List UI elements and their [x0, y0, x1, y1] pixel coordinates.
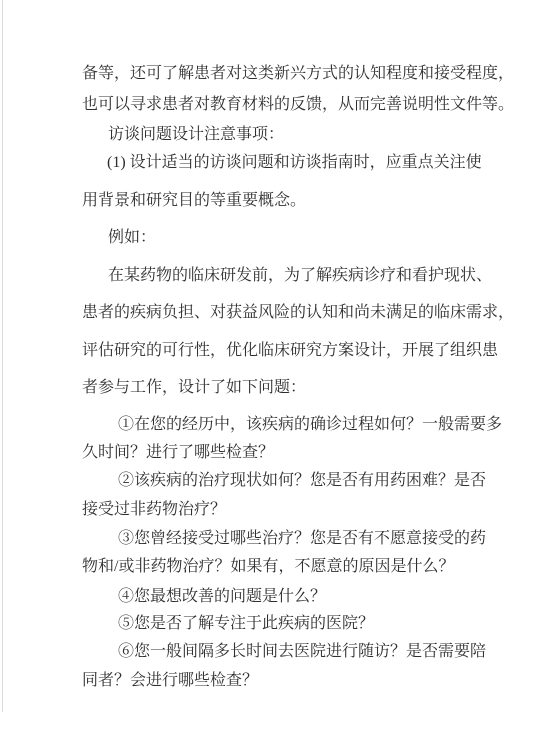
text-line: 者参与工作，设计了如下问题： — [82, 378, 306, 398]
text-line: ①在您的经历中，该疾病的确诊过程如何？一般需要多 — [118, 415, 502, 435]
text-line: 用背景和研究目的等重要概念。 — [82, 191, 306, 211]
text-line: ②该疾病的治疗现状如何？您是否有用药困难？是否 — [118, 471, 486, 491]
text-line: ⑤您是否了解专注于此疾病的医院？ — [118, 614, 374, 634]
text-line: ③您曾经接受过哪些治疗？您是否有不愿意接受的药 — [118, 529, 486, 549]
text-line: 物和/或非药物治疗？如果有，不愿意的原因是什么？ — [82, 557, 454, 577]
text-line: 评估研究的可行性，优化临床研究方案设计，开展了组织患 — [82, 341, 498, 361]
document-page: 备等，还可了解患者对这类新兴方式的认知程度和接受程度， 也可以寻求患者对教育材料… — [0, 0, 539, 755]
text-line: 久时间？进行了哪些检查？ — [82, 443, 274, 463]
text-line: 备等，还可了解患者对这类新兴方式的认知程度和接受程度， — [82, 64, 514, 84]
text-line: 同者？会进行哪些检查？ — [82, 671, 258, 691]
text-line: 访谈问题设计注意事项： — [108, 125, 284, 145]
text-line: 也可以寻求患者对教育材料的反馈，从而完善说明性文件等。 — [82, 95, 514, 115]
text-line: 接受过非药物治疗？ — [82, 500, 226, 520]
text-line: 患者的疾病负担、对获益风险的认知和尚未满足的临床需求， — [82, 303, 514, 323]
text-line: 在某药物的临床研发前，为了解疾病诊疗和看护现状、 — [108, 266, 492, 286]
text-line: ④您最想改善的问题是什么？ — [118, 587, 326, 607]
text-line: ⑥您一般间隔多长时间去医院进行随访？是否需要陪 — [118, 642, 486, 662]
text-line: 例如： — [108, 228, 156, 248]
page-edge-line — [2, 0, 3, 712]
text-line: (1) 设计适当的访谈问题和访谈指南时，应重点关注使 — [107, 153, 482, 173]
